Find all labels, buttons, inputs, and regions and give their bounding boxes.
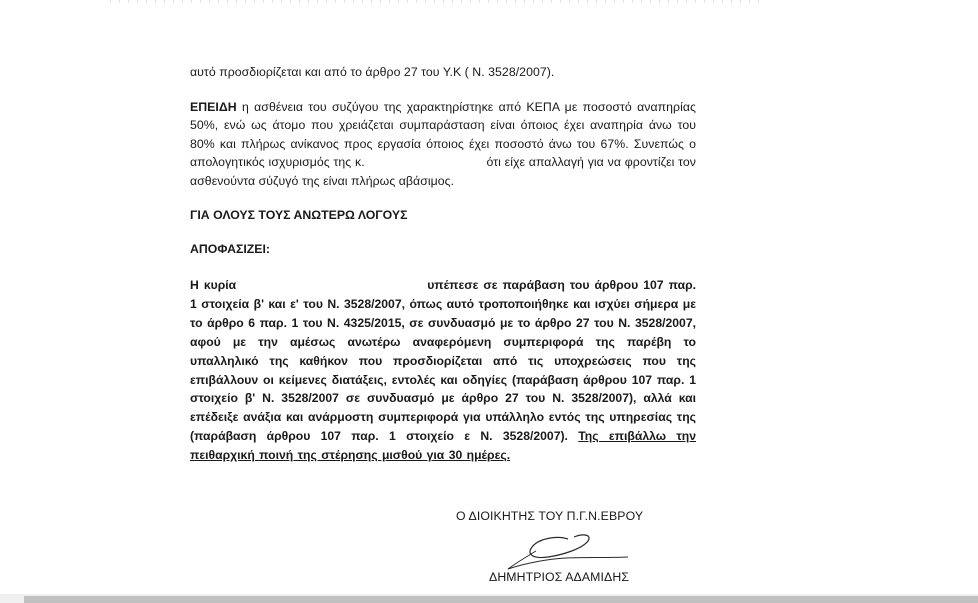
signature-block: Ο ΔΙΟΙΚΗΤΗΣ ΤΟΥ Π.Γ.Ν.ΕΒΡΟΥ ΔΗΜΗΤΡΙΟΣ ΑΔ… (456, 507, 696, 525)
heading-for-all-reasons: ΓΙΑ ΟΛΟΥΣ ΤΟΥΣ ΑΝΩΤΕΡΩ ΛΟΓΟΥΣ (190, 206, 696, 224)
decision-body: υπέπεσε σε παράβαση του άρθρου 107 παρ. … (190, 278, 696, 443)
document-page: αυτό προσδιορίζεται και από το άρθρο 27 … (0, 0, 978, 596)
paragraph-article-reference: αυτό προσδιορίζεται και από το άρθρο 27 … (190, 63, 696, 82)
handwritten-signature-icon (496, 527, 636, 572)
paragraph-whereas: ΕΠΕΙΔΗ η ασθένεια του συζύγου της χαρακτ… (190, 98, 696, 191)
redacted-name (236, 276, 422, 295)
whereas-lead: ΕΠΕΙΔΗ (190, 100, 237, 114)
decision-paragraph: Η κυρία υπέπεσε σε παράβαση του άρθρου 1… (190, 276, 696, 465)
heading-decides: ΑΠΟΦΑΣΙΖΕΙ: (190, 240, 696, 258)
scan-artifact-line (110, 0, 760, 3)
signatory-name: ΔΗΜΗΤΡΙΟΣ ΑΔΑΜΙΔΗΣ (489, 570, 629, 584)
signatory-title: Ο ΔΙΟΙΚΗΤΗΣ ΤΟΥ Π.Γ.Ν.ΕΒΡΟΥ (456, 507, 696, 525)
redacted-name (365, 153, 483, 172)
paragraph-1-text: αυτό προσδιορίζεται και από το άρθρο 27 … (190, 65, 554, 79)
scrollbar-gutter (0, 596, 24, 603)
horizontal-scrollbar[interactable] (24, 596, 978, 603)
document-body: αυτό προσδιορίζεται και από το άρθρο 27 … (190, 63, 696, 465)
decision-prefix: Η κυρία (190, 278, 236, 292)
